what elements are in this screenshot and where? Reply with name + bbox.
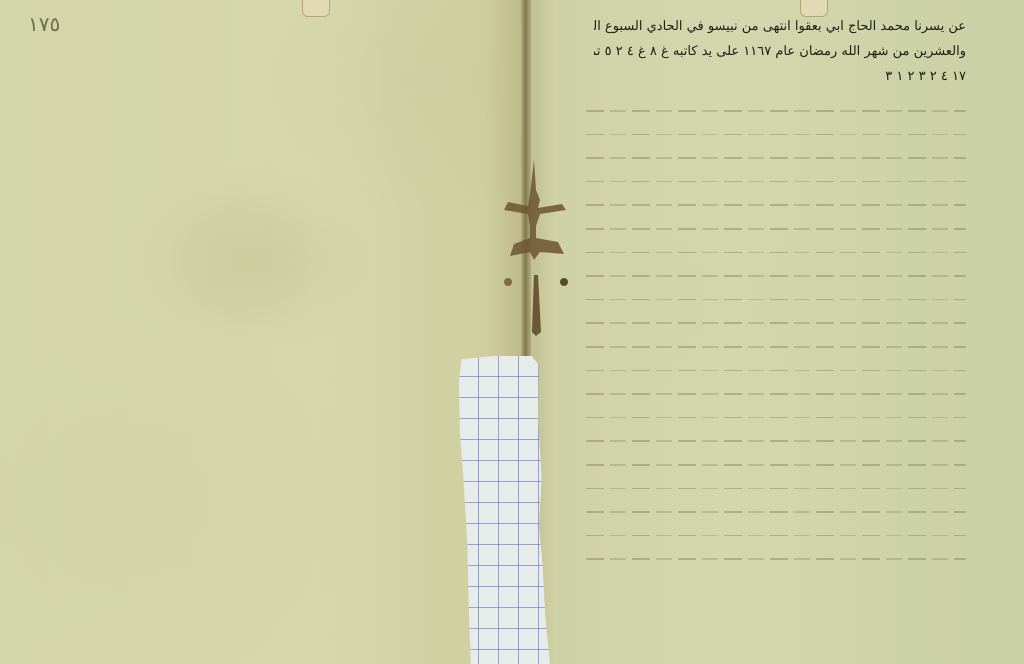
left-page: ١٧٥ <box>0 0 526 664</box>
graph-paper-strip <box>458 356 550 664</box>
book-holder-peg-left <box>302 0 330 17</box>
bleed-through-text <box>586 110 966 600</box>
header-line-1: عن يسرنا محمد الحاج ابي بعقوا انتهى من ن… <box>594 14 966 39</box>
manuscript-header: عن يسرنا محمد الحاج ابي بعقوا انتهى من ن… <box>594 14 966 89</box>
header-line-3: ١٧ ٤ ٢ ٣ ٢ ١ ٣ <box>594 64 966 89</box>
page-number: ١٧٥ <box>28 12 60 36</box>
binding-stain-icon <box>500 160 572 340</box>
header-line-2: والعشرين من شهر الله رمضان عام ١١٦٧ على … <box>594 39 966 64</box>
manuscript-spread: ١٧٥ عن يسرنا محمد الحاج ابي بعقوا انتهى … <box>0 0 1024 664</box>
